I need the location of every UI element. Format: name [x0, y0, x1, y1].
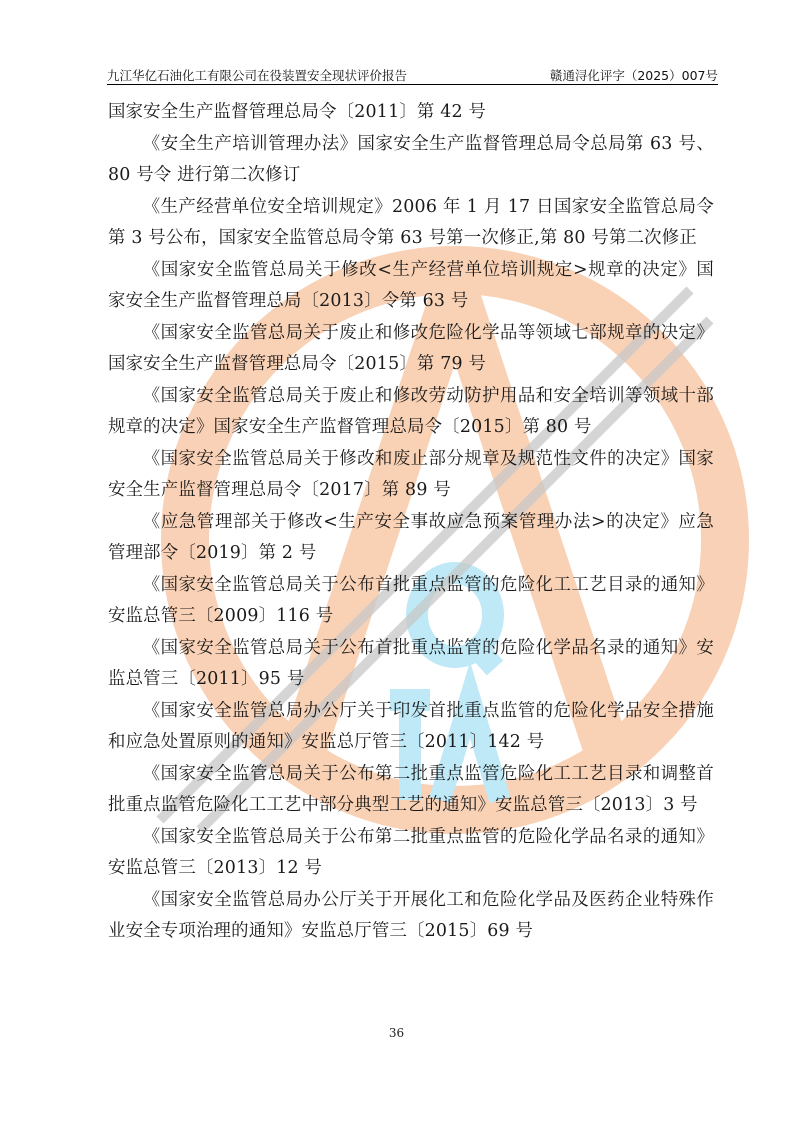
regulation-item: 《国家安全监管总局关于废止和修改劳动防护用品和安全培训等领域十部规章的决定》国家…: [108, 381, 714, 444]
regulation-item: 《国家安全监管总局关于修改和废止部分规章及规范性文件的决定》国家安全生产监督管理…: [108, 444, 714, 507]
regulation-list: 国家安全生产监督管理总局令〔2011〕第 42 号 《安全生产培训管理办法》国家…: [108, 97, 714, 948]
regulation-item: 《安全生产培训管理办法》国家安全生产监督管理总局令总局第 63 号、80 号令 …: [108, 129, 714, 192]
document-number: 赣通浔化评字（2025）007号: [550, 67, 718, 84]
regulation-item: 《生产经营单位安全培训规定》2006 年 1 月 17 日国家安全监管总局令第 …: [108, 192, 714, 255]
regulation-item: 《国家安全监管总局关于公布首批重点监管的危险化学品名录的通知》安监总管三〔201…: [108, 633, 714, 696]
regulation-item: 《国家安全监管总局关于修改<生产经营单位培训规定>规章的决定》国家安全生产监督管…: [108, 255, 714, 318]
regulation-item: 国家安全生产监督管理总局令〔2011〕第 42 号: [108, 97, 714, 129]
regulation-item: 《国家安全监管总局办公厅关于开展化工和危险化学品及医药企业特殊作业安全专项治理的…: [108, 885, 714, 948]
regulation-item: 《应急管理部关于修改<生产安全事故应急预案管理办法>的决定》应急管理部令〔201…: [108, 507, 714, 570]
regulation-item: 《国家安全监管总局办公厅关于印发首批重点监管的危险化学品安全措施和应急处置原则的…: [108, 696, 714, 759]
page-header: 九江华亿石油化工有限公司在役装置安全现状评价报告 赣通浔化评字（2025）007…: [107, 66, 718, 85]
regulation-item: 《国家安全监管总局关于废止和修改危险化学品等领域七部规章的决定》国家安全生产监督…: [108, 318, 714, 381]
regulation-item: 《国家安全监管总局关于公布第二批重点监管危险化工工艺目录和调整首批重点监管危险化…: [108, 759, 714, 822]
report-title: 九江华亿石油化工有限公司在役装置安全现状评价报告: [107, 67, 407, 84]
regulation-item: 《国家安全监管总局关于公布首批重点监管的危险化工工艺目录的通知》安监总管三〔20…: [108, 570, 714, 633]
regulation-item: 《国家安全监管总局关于公布第二批重点监管的危险化学品名录的通知》安监总管三〔20…: [108, 822, 714, 885]
page-number: 36: [0, 1026, 793, 1040]
